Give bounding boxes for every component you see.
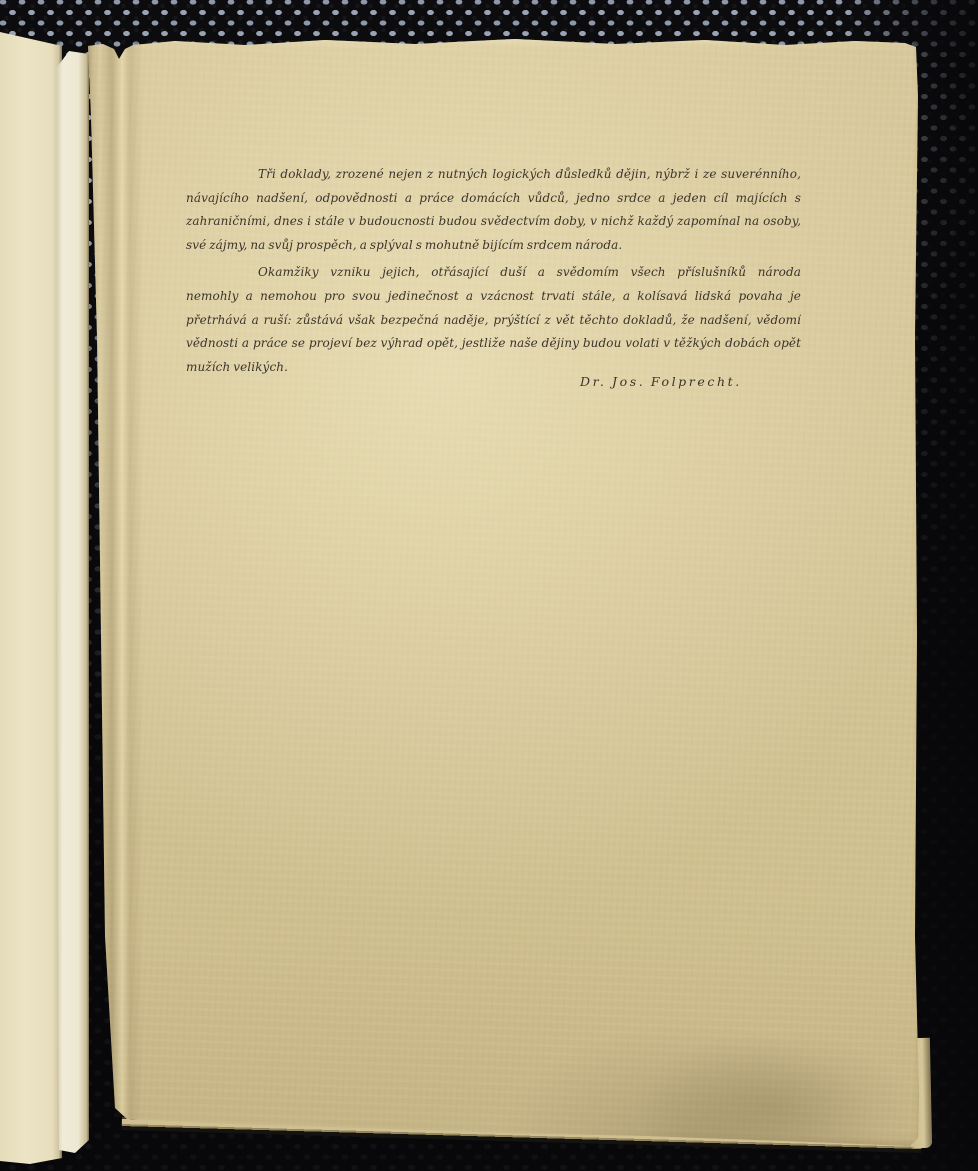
- text-line: své zájmy, na svůj prospěch, a splýval s…: [186, 234, 801, 258]
- book-page: Tři doklady, zrozené nejen z nutných log…: [85, 36, 925, 1151]
- text-line: Tři doklady, zrozené nejen z nutných log…: [186, 163, 801, 187]
- text-line: nemohly a nemohou pro svou jedinečnost a…: [186, 285, 801, 309]
- left-page-edge-white: [55, 44, 89, 1157]
- left-page-edge-cream: [0, 30, 62, 1165]
- text-line: přetrhává a ruší: zůstává však bezpečná …: [186, 309, 801, 333]
- text-line: vědnosti a práce se projeví bez výhrad o…: [186, 332, 801, 356]
- author-signature: Dr. Jos. Folprecht.: [580, 370, 801, 394]
- paragraph: Tři doklady, zrozené nejen z nutných log…: [186, 163, 801, 257]
- text-line: Okamžiky vzniku jejich, otřásající duší …: [186, 261, 801, 285]
- page-text-block: Tři doklady, zrozené nejen z nutných log…: [186, 163, 801, 394]
- photographed-book-scene: Tři doklady, zrozené nejen z nutných log…: [0, 0, 978, 1171]
- text-line: návajícího nadšení, odpovědnosti a práce…: [186, 187, 801, 211]
- paragraph: Okamžiky vzniku jejich, otřásající duší …: [186, 261, 801, 379]
- text-line: zahraničními, dnes i stále v budoucnosti…: [186, 210, 801, 234]
- page-text-paragraphs: Tři doklady, zrozené nejen z nutných log…: [186, 163, 801, 379]
